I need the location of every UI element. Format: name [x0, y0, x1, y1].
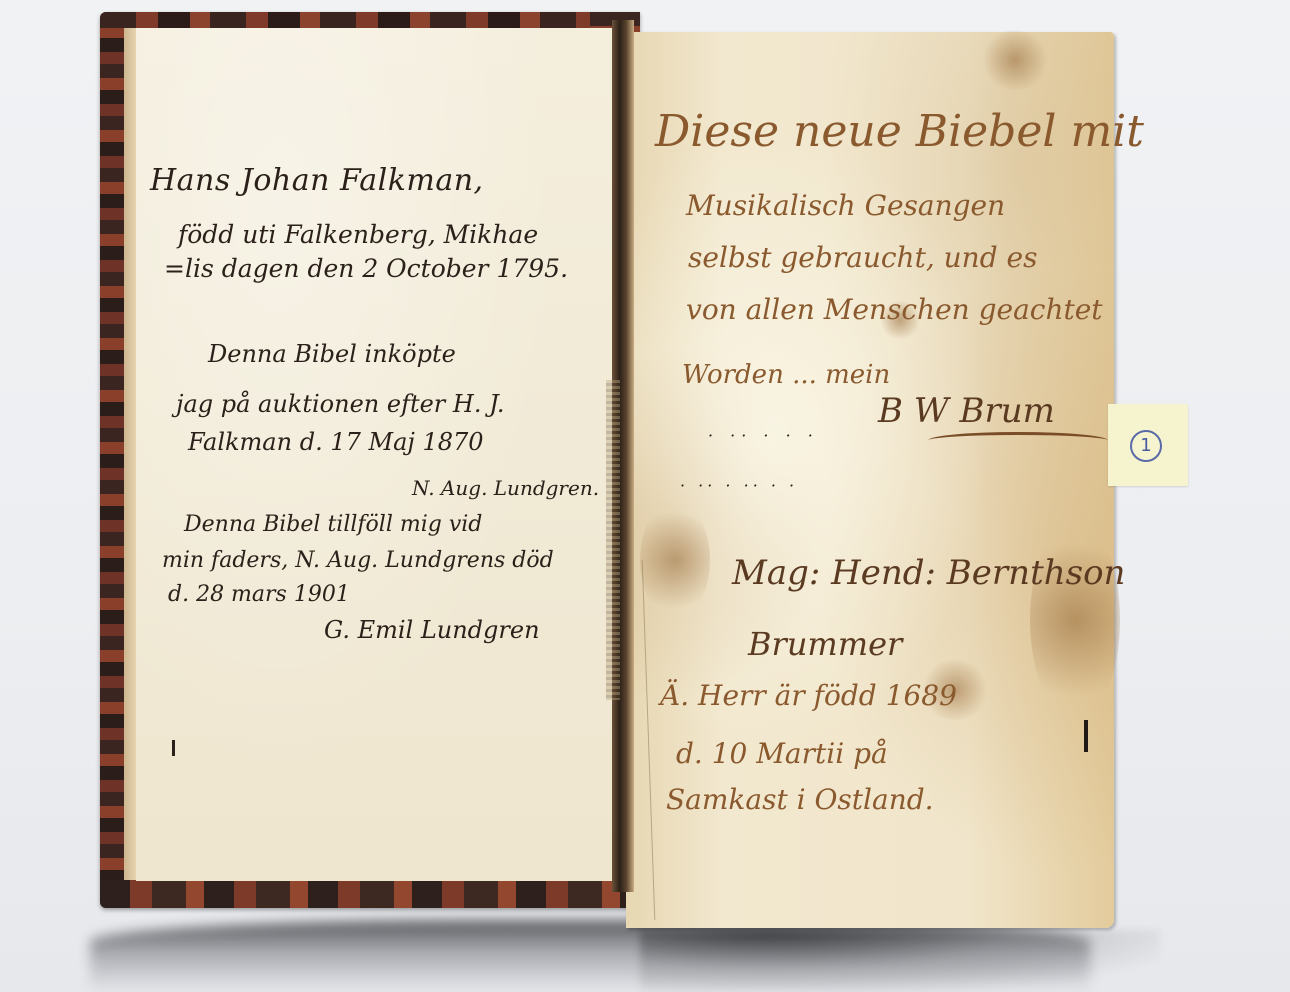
- brummer-name-line-1: Mag: Hend: Bernthson: [732, 556, 1125, 590]
- ink-tick-mark: [172, 740, 175, 756]
- cover-top-edge: [100, 12, 590, 28]
- gutter-frayed-edge: [606, 380, 620, 700]
- german-inscription-line-5: Worden ... mein: [682, 362, 890, 388]
- foxing-stain: [640, 500, 710, 620]
- signature-b-w-brum: B W Brum: [878, 394, 1055, 428]
- inscription-falkman-birthdate: =lis dagen den 2 October 1795.: [164, 256, 568, 281]
- german-inscription-line-3: selbst gebraucht, und es: [688, 244, 1037, 272]
- brummer-birth-line-2: d. 10 Martii på: [676, 740, 888, 768]
- book-shadow-right: [640, 930, 1160, 992]
- inscription-purchase-line-2: jag på auktionen efter H. J.: [176, 392, 504, 416]
- faded-ink-marks: · ·· · ·· · ·: [680, 478, 798, 494]
- endpaper-strip: [124, 28, 136, 880]
- faded-ink-marks: · ·· · · ·: [708, 428, 819, 444]
- ink-tick-mark: [1084, 720, 1088, 752]
- foxing-stain: [980, 30, 1050, 90]
- brummer-name-line-2: Brummer: [748, 628, 902, 660]
- foxing-stain: [1030, 520, 1120, 720]
- inscription-inheritance-line-2: min faders, N. Aug. Lundgrens död: [162, 550, 554, 572]
- inscription-falkman-birthplace: född uti Falkenberg, Mikhae: [178, 222, 538, 247]
- german-inscription-line-4: von allen Menschen geachtet: [686, 296, 1103, 324]
- german-inscription-line-2: Musikalisch Gesangen: [686, 192, 1005, 220]
- brummer-birth-line-1: Ä. Herr är född 1689: [660, 682, 957, 710]
- sticky-note-circled-number: 1: [1130, 430, 1162, 462]
- brummer-birth-line-3: Samkast i Ostland.: [666, 786, 934, 814]
- inscription-purchase-line-1: Denna Bibel inköpte: [208, 342, 456, 366]
- signature-flourish: [928, 432, 1108, 449]
- inscription-falkman-name: Hans Johan Falkman,: [150, 166, 484, 196]
- cover-bottom-edge: [100, 880, 640, 908]
- signature-g-emil-lundgren: G. Emil Lundgren: [324, 618, 540, 642]
- inscription-inheritance-date: d. 28 mars 1901: [168, 584, 350, 606]
- inscription-inheritance-line-1: Denna Bibel tillföll mig vid: [184, 514, 482, 536]
- signature-n-aug-lundgren: N. Aug. Lundgren.: [412, 478, 599, 498]
- inscription-purchase-line-3: Falkman d. 17 Maj 1870: [188, 430, 484, 454]
- german-inscription-line-1: Diese neue Biebel mit: [655, 110, 1144, 154]
